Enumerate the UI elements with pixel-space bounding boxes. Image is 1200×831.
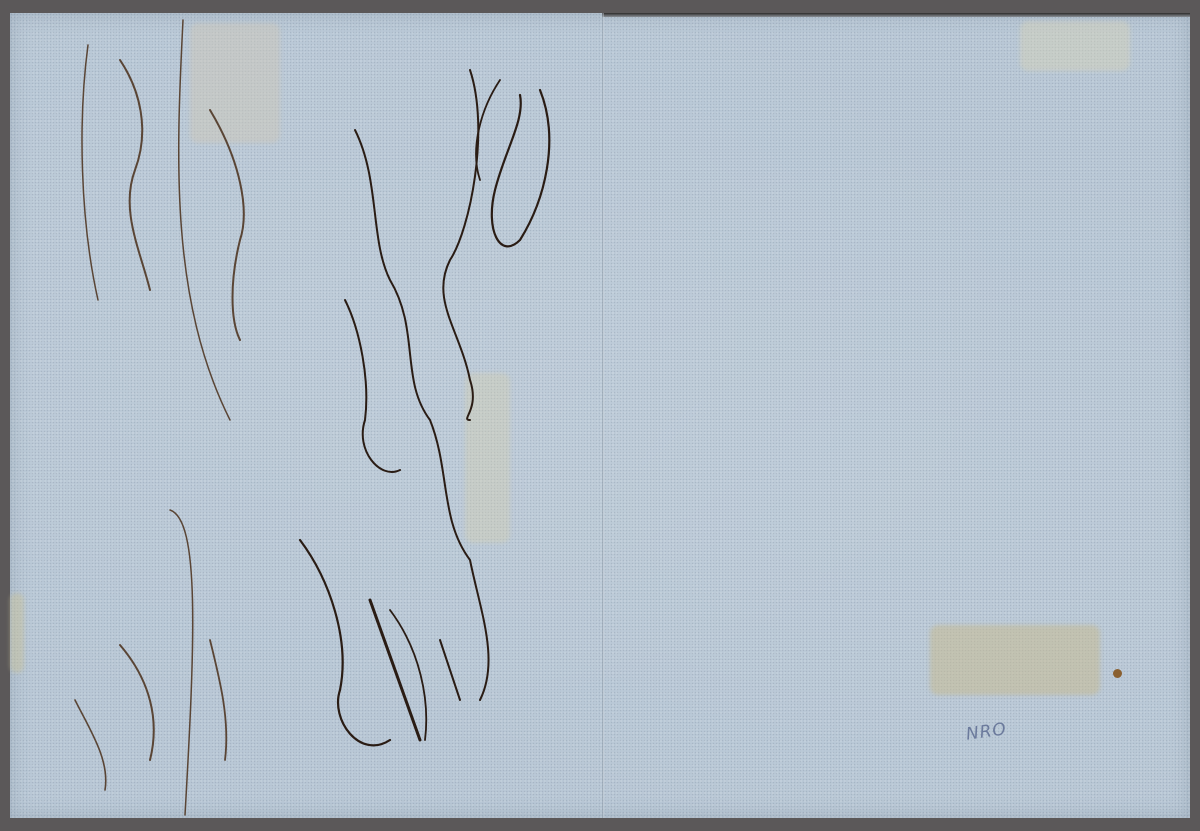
handwriting-stroke: [300, 540, 390, 745]
bracket-stroke: [179, 20, 230, 420]
handwriting-stroke: [210, 110, 244, 340]
bracket-stroke: [82, 45, 98, 300]
handwriting-stroke: [345, 300, 400, 472]
handwriting-stroke: [75, 700, 106, 790]
handwriting-stroke: [120, 60, 150, 290]
handwriting-stroke: [492, 90, 549, 246]
handwriting-stroke: [120, 645, 154, 760]
handwriting-layer: [0, 0, 1200, 831]
handwriting-stroke: [370, 600, 420, 740]
handwriting-stroke: [210, 640, 226, 760]
bracket-stroke: [170, 510, 193, 815]
handwriting-stroke: [440, 640, 460, 700]
handwriting-stroke: [443, 70, 478, 420]
handwriting-stroke: [476, 80, 500, 180]
